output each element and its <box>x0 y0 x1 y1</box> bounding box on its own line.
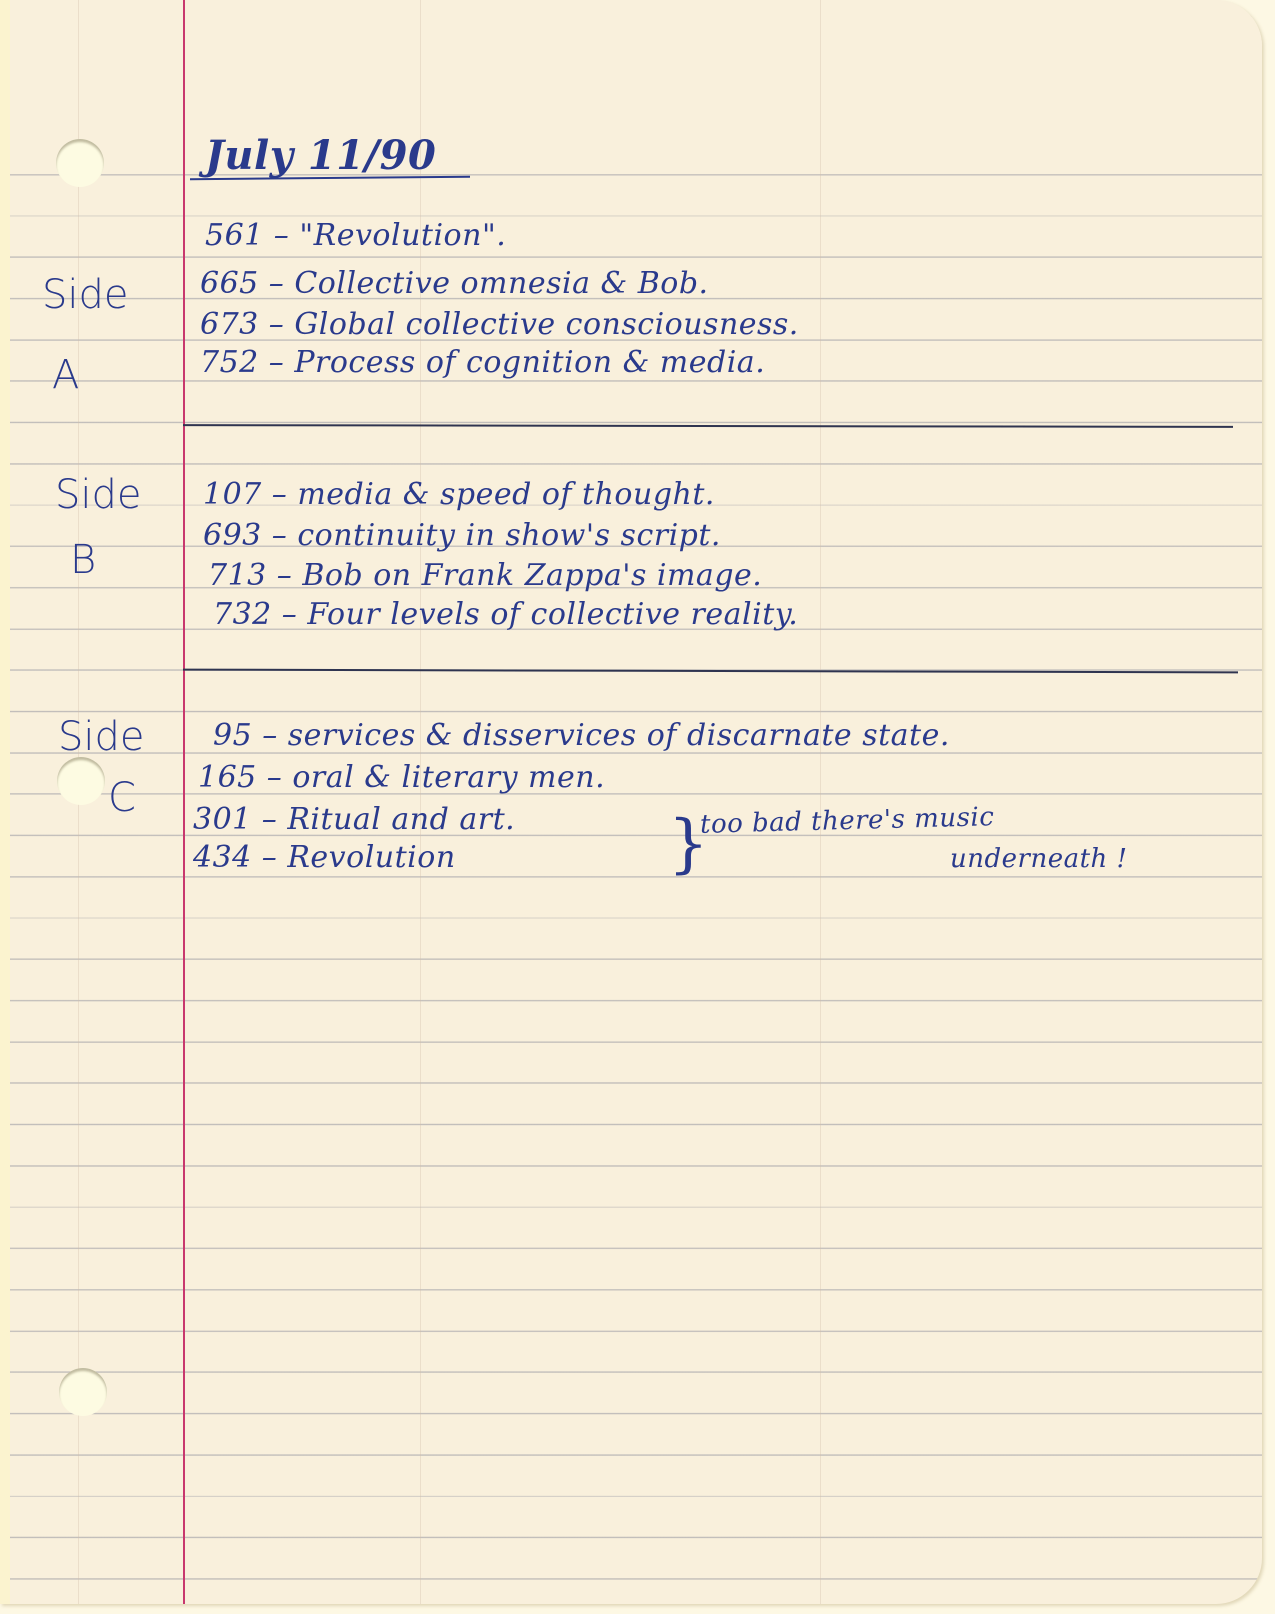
entry-text: continuity in show's script. <box>297 518 721 553</box>
entry-number: 673 <box>200 307 259 342</box>
side-c-label-letter: C <box>108 778 136 818</box>
entry-number: 301 <box>193 802 252 837</box>
entry-text: Bob on Frank Zappa's image. <box>302 558 762 593</box>
entry-text: media & speed of thought. <box>297 477 715 512</box>
entry-text: Revolution <box>287 840 455 875</box>
top-margin-area <box>10 0 1262 150</box>
entry-line: 665 – Collective omnesia & Bob. <box>200 266 709 301</box>
faint-vertical-guide <box>820 0 821 1604</box>
entry-text: Four levels of collective reality. <box>307 597 798 632</box>
side-a-label-letter: A <box>52 355 79 395</box>
notebook-page: July 11/90 Side A 561 – "Revolution". 66… <box>0 0 1262 1604</box>
binder-hole-bottom <box>59 1368 107 1416</box>
entry-line: 301 – Ritual and art. <box>193 802 515 837</box>
side-a-label-word: Side <box>42 275 129 315</box>
entry-line: 107 – media & speed of thought. <box>203 477 715 512</box>
entry-number: 165 <box>198 760 257 795</box>
entry-number: 752 <box>200 345 259 380</box>
entry-text: services & disservices of discarnate sta… <box>288 718 950 753</box>
binder-hole-middle <box>57 757 105 805</box>
entry-text: Collective omnesia & Bob. <box>294 266 708 301</box>
page-edge <box>0 0 10 1604</box>
entry-line: 713 – Bob on Frank Zappa's image. <box>208 558 762 593</box>
entry-number: 665 <box>200 266 259 301</box>
side-b-label-letter: B <box>70 540 96 580</box>
entry-line: 693 – continuity in show's script. <box>203 518 721 553</box>
entry-number: 95 <box>213 718 252 753</box>
entry-line: 434 – Revolution <box>193 840 456 875</box>
entry-line: 561 – "Revolution". <box>205 218 506 253</box>
entry-line: 95 – services & disservices of discarnat… <box>213 718 950 753</box>
entry-line: 673 – Global collective consciousness. <box>200 307 799 342</box>
red-margin-line <box>183 0 185 1604</box>
entry-number: 434 <box>193 840 252 875</box>
page-date: July 11/90 <box>205 132 436 179</box>
entry-line: 732 – Four levels of collective reality. <box>213 597 798 632</box>
side-c-label-word: Side <box>58 717 145 757</box>
entry-text: Ritual and art. <box>287 802 515 837</box>
entry-number: 693 <box>203 518 262 553</box>
entry-number: 107 <box>203 477 262 512</box>
entry-text: Global collective consciousness. <box>294 307 799 342</box>
entry-number: 561 <box>205 218 264 253</box>
entry-text: "Revolution". <box>299 218 506 253</box>
entry-text: Process of cognition & media. <box>294 345 765 380</box>
binder-hole-top <box>56 139 104 187</box>
entry-text: oral & literary men. <box>292 760 605 795</box>
side-note-line2: underneath ! <box>950 844 1128 874</box>
entry-line: 165 – oral & literary men. <box>198 760 605 795</box>
entry-number: 713 <box>208 558 267 593</box>
entry-number: 732 <box>213 597 272 632</box>
entry-line: 752 – Process of cognition & media. <box>200 345 765 380</box>
side-b-label-word: Side <box>55 475 142 515</box>
